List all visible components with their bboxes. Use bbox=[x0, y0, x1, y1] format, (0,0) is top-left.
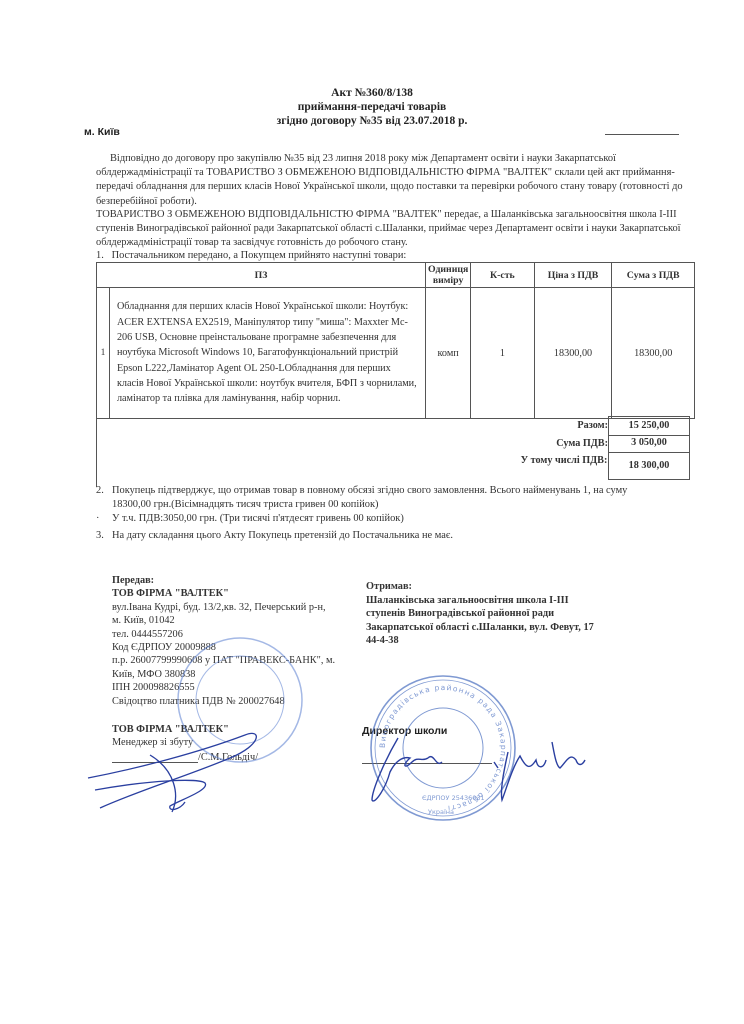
stamps-signatures-overlay: Виноградівська районна рада Закарпатсько… bbox=[0, 0, 744, 1024]
stamp-code-text: ЄДРПОУ 25436031 bbox=[422, 794, 485, 802]
seller-signature-icon bbox=[88, 733, 256, 812]
seller-stamp-icon bbox=[178, 638, 302, 762]
stamp-country-text: Україна bbox=[428, 808, 454, 816]
